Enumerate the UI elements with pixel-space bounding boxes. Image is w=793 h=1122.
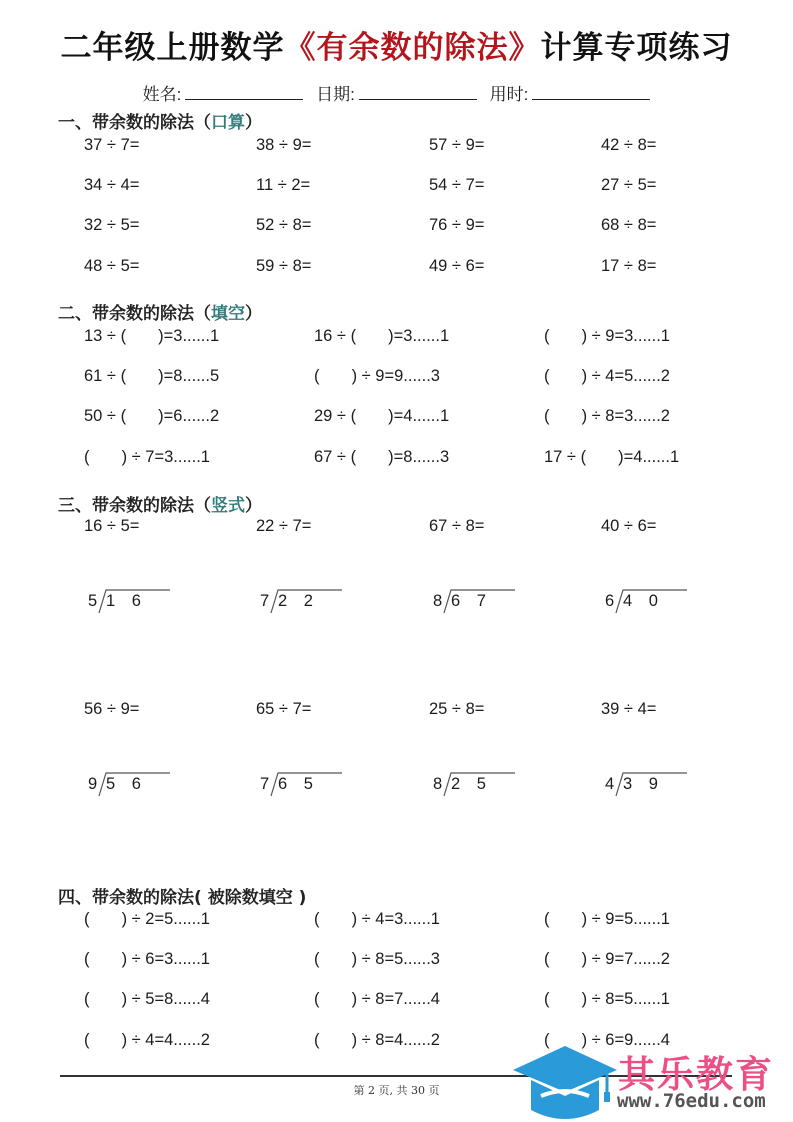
section-2-title: 二、带余数的除法 xyxy=(58,304,194,324)
name-field[interactable]: 姓名: xyxy=(143,80,304,105)
section-3-heading: 三、带余数的除法（竖式） xyxy=(58,491,262,516)
fill-blank-problem[interactable]: ( ) ÷ 4=3......1 xyxy=(314,910,440,929)
section-1-tag: 口算 xyxy=(211,113,245,133)
section-2-heading: 二、带余数的除法（填空） xyxy=(58,299,262,324)
problem: 40 ÷ 6= xyxy=(601,517,656,536)
section-4-title: 四、带余数的除法 xyxy=(58,888,194,908)
fill-blank-problem[interactable]: ( ) ÷ 9=5......1 xyxy=(544,910,670,929)
fill-blank-problem[interactable]: ( ) ÷ 8=5......1 xyxy=(544,990,670,1009)
title-prefix: 二年级上册数学 xyxy=(61,30,285,66)
fill-blank-problem[interactable]: ( ) ÷ 4=4......2 xyxy=(84,1031,210,1050)
section-3-tag: 竖式 xyxy=(211,496,245,516)
brand-url: www.76edu.com xyxy=(617,1090,766,1112)
fill-blank-problem[interactable]: ( ) ÷ 7=3......1 xyxy=(84,448,210,467)
fill-blank-problem[interactable]: ( ) ÷ 8=7......4 xyxy=(314,990,440,1009)
fill-blank-problem[interactable]: 17 ÷ ( )=4......1 xyxy=(544,448,679,467)
worksheet-title: 二年级上册数学《有余数的除法》计算专项练习 xyxy=(0,22,793,67)
date-label: 日期: xyxy=(316,85,355,104)
dividend: 3 9 xyxy=(623,775,664,794)
problem: 59 ÷ 8= xyxy=(256,257,311,276)
fill-blank-problem[interactable]: ( ) ÷ 2=5......1 xyxy=(84,910,210,929)
paren-open: （ xyxy=(194,304,211,324)
fill-blank-problem[interactable]: 50 ÷ ( )=6......2 xyxy=(84,407,219,426)
paren-close: ） xyxy=(245,304,262,324)
watermark-logo: 其乐教育 www.76edu.com xyxy=(505,1040,793,1122)
paren-open: （ xyxy=(194,113,211,133)
problem: 22 ÷ 7= xyxy=(256,517,311,536)
section-2-tag: 填空 xyxy=(211,304,245,324)
problem: 49 ÷ 6= xyxy=(429,257,484,276)
section-4-tag: 被除数填空 xyxy=(202,888,299,908)
divisor: 4 xyxy=(605,775,614,794)
divisor: 8 xyxy=(433,775,442,794)
divisor: 7 xyxy=(260,592,269,611)
fill-blank-problem[interactable]: 67 ÷ ( )=8......3 xyxy=(314,448,449,467)
fill-blank-problem[interactable]: ( ) ÷ 8=3......2 xyxy=(544,407,670,426)
fill-blank-problem[interactable]: ( ) ÷ 4=5......2 xyxy=(544,367,670,386)
problem: 32 ÷ 5= xyxy=(84,216,139,235)
dividend: 4 0 xyxy=(623,592,664,611)
fill-blank-problem[interactable]: 13 ÷ ( )=3......1 xyxy=(84,327,219,346)
problem: 25 ÷ 8= xyxy=(429,700,484,719)
title-suffix: 计算专项练习 xyxy=(541,30,733,66)
divisor: 5 xyxy=(88,592,97,611)
dividend: 1 6 xyxy=(106,592,147,611)
dividend: 6 5 xyxy=(278,775,319,794)
dividend: 2 5 xyxy=(451,775,492,794)
problem: 17 ÷ 8= xyxy=(601,257,656,276)
name-label: 姓名: xyxy=(143,85,182,104)
problem: 52 ÷ 8= xyxy=(256,216,311,235)
dividend: 6 7 xyxy=(451,592,492,611)
problem: 34 ÷ 4= xyxy=(84,176,139,195)
time-label: 用时: xyxy=(490,85,529,104)
name-blank[interactable] xyxy=(185,85,303,100)
paren-close: ） xyxy=(245,113,262,133)
fill-blank-problem[interactable]: ( ) ÷ 8=5......3 xyxy=(314,950,440,969)
problem: 56 ÷ 9= xyxy=(84,700,139,719)
section-1-title: 一、带余数的除法 xyxy=(58,113,194,133)
problem: 27 ÷ 5= xyxy=(601,176,656,195)
fill-blank-problem[interactable]: ( ) ÷ 6=3......1 xyxy=(84,950,210,969)
problem: 76 ÷ 9= xyxy=(429,216,484,235)
divisor: 9 xyxy=(88,775,97,794)
problem: 67 ÷ 8= xyxy=(429,517,484,536)
problem: 11 ÷ 2= xyxy=(256,176,310,195)
fill-blank-problem[interactable]: ( ) ÷ 8=4......2 xyxy=(314,1031,440,1050)
time-field[interactable]: 用时: xyxy=(490,80,651,105)
graduation-cap-icon xyxy=(513,1042,618,1122)
time-blank[interactable] xyxy=(532,85,650,100)
section-4-heading: 四、带余数的除法( 被除数填空 ) xyxy=(58,883,306,908)
fill-blank-problem[interactable]: 61 ÷ ( )=8......5 xyxy=(84,367,219,386)
problem: 57 ÷ 9= xyxy=(429,136,484,155)
problem: 39 ÷ 4= xyxy=(601,700,656,719)
section-3-title: 三、带余数的除法 xyxy=(58,496,194,516)
divisor: 7 xyxy=(260,775,269,794)
problem: 68 ÷ 8= xyxy=(601,216,656,235)
fill-blank-problem[interactable]: 16 ÷ ( )=3......1 xyxy=(314,327,449,346)
fill-blank-problem[interactable]: ( ) ÷ 9=7......2 xyxy=(544,950,670,969)
paren-close: ） xyxy=(245,496,262,516)
fill-blank-problem[interactable]: ( ) ÷ 9=3......1 xyxy=(544,327,670,346)
problem: 38 ÷ 9= xyxy=(256,136,311,155)
title-highlight: 《有余数的除法》 xyxy=(285,30,541,66)
paren-open: （ xyxy=(194,496,211,516)
problem: 54 ÷ 7= xyxy=(429,176,484,195)
fill-blank-problem[interactable]: ( ) ÷ 9=9......3 xyxy=(314,367,440,386)
problem: 42 ÷ 8= xyxy=(601,136,656,155)
problem: 48 ÷ 5= xyxy=(84,257,139,276)
problem: 65 ÷ 7= xyxy=(256,700,311,719)
dividend: 2 2 xyxy=(278,592,319,611)
fill-blank-problem[interactable]: 29 ÷ ( )=4......1 xyxy=(314,407,449,426)
fill-blank-problem[interactable]: ( ) ÷ 5=8......4 xyxy=(84,990,210,1009)
paren-open: ( xyxy=(194,888,202,908)
date-blank[interactable] xyxy=(359,85,477,100)
divisor: 6 xyxy=(605,592,614,611)
dividend: 5 6 xyxy=(106,775,147,794)
divisor: 8 xyxy=(433,592,442,611)
problem: 16 ÷ 5= xyxy=(84,517,139,536)
date-field[interactable]: 日期: xyxy=(316,80,477,105)
problem: 37 ÷ 7= xyxy=(84,136,139,155)
paren-close: ) xyxy=(299,888,307,908)
student-info-row: 姓名: 日期: 用时: xyxy=(0,80,793,105)
section-1-heading: 一、带余数的除法（口算） xyxy=(58,108,262,133)
